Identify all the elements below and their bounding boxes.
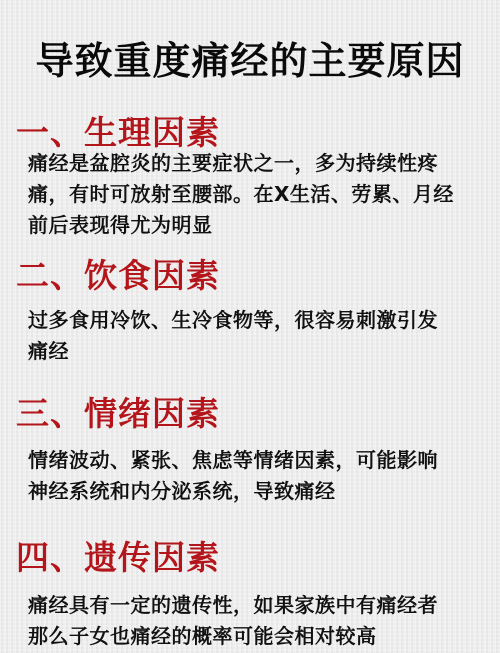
body-line: 过多食用冷饮、生冷食物等，很容易刺激引发 (28, 305, 488, 336)
section-heading-physiological: 一、生理因素 (16, 107, 220, 154)
body-line: 痛经具有一定的遗传性，如果家族中有痛经者 (28, 590, 488, 621)
section-body-emotion: 情绪波动、紧张、焦虑等情绪因素，可能影响 神经系统和内分泌系统，导致痛经 (28, 445, 488, 507)
page-title: 导致重度痛经的主要原因 (0, 30, 500, 85)
body-line: 痛，有时可放射至腰部。在X生活、劳累、月经 (28, 179, 488, 210)
body-line: 那么子女也痛经的概率可能会相对较高 (28, 621, 488, 652)
section-heading-emotion: 三、情绪因素 (16, 388, 220, 435)
section-heading-genetic: 四、遗传因素 (16, 532, 220, 579)
section-body-physiological: 痛经是盆腔炎的主要症状之一，多为持续性疼 痛，有时可放射至腰部。在X生活、劳累、… (28, 148, 488, 241)
body-line: 情绪波动、紧张、焦虑等情绪因素，可能影响 (28, 445, 488, 476)
body-line: 痛经是盆腔炎的主要症状之一，多为持续性疼 (28, 148, 488, 179)
section-body-genetic: 痛经具有一定的遗传性，如果家族中有痛经者 那么子女也痛经的概率可能会相对较高 (28, 590, 488, 652)
section-body-diet: 过多食用冷饮、生冷食物等，很容易刺激引发 痛经 (28, 305, 488, 367)
body-line: 前后表现得尤为明显 (28, 210, 488, 241)
body-line: 痛经 (28, 336, 488, 367)
section-heading-diet: 二、饮食因素 (16, 250, 220, 297)
body-line: 神经系统和内分泌系统，导致痛经 (28, 476, 488, 507)
